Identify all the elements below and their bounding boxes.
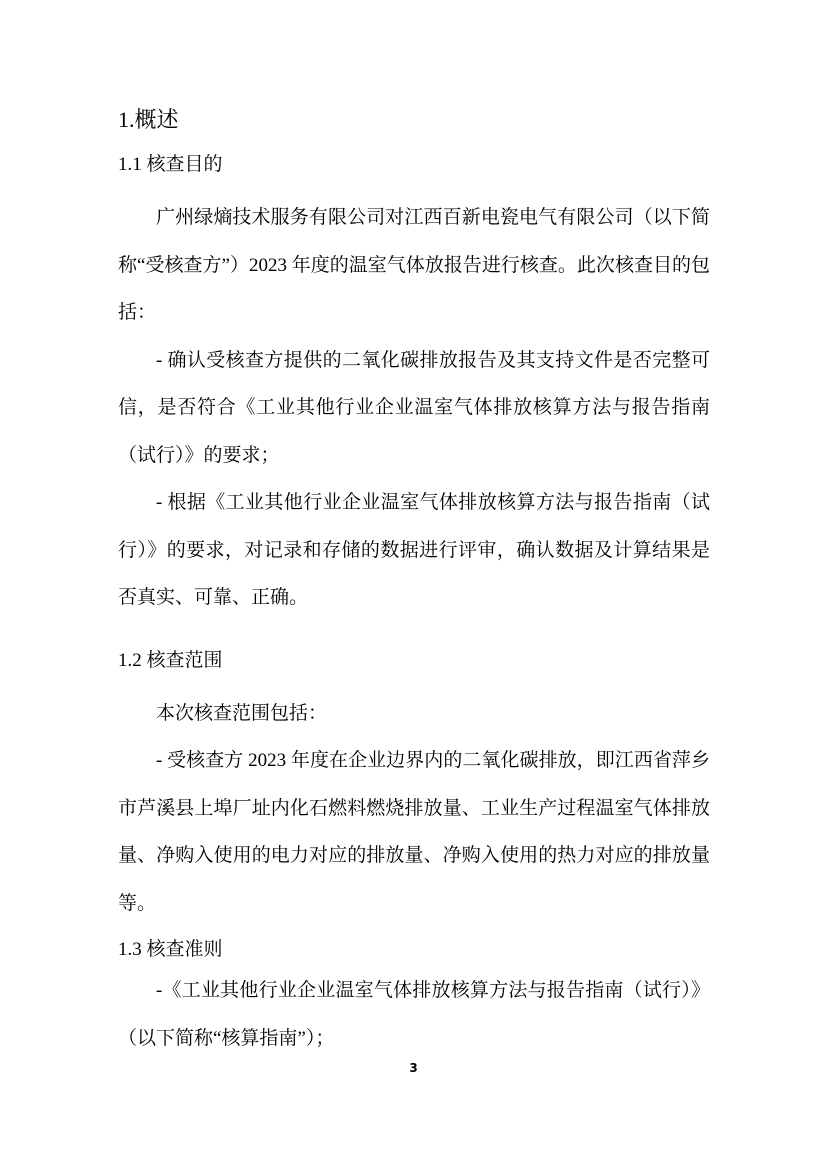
paragraph-scope-item-1: - 受核查方 2023 年度在企业边界内的二氧化碳排放，即江西省萍乡市芦溪县上埠… [118,737,710,927]
section-heading-overview: 1.概述 [118,104,710,136]
paragraph-criteria-item-1: -《工业其他行业企业温室气体排放核算方法与报告指南（试行）》（以下简称“核算指南… [118,967,710,1062]
subsection-heading-verification-scope: 1.2 核查范围 [118,646,710,676]
document-page: 1.概述 1.1 核查目的 广州绿熵技术服务有限公司对江西百新电瓷电气有限公司（… [0,0,827,1169]
page-number: 3 [0,1060,827,1076]
paragraph-purpose-item-1: - 确认受核查方提供的二氧化碳排放报告及其支持文件是否完整可信，是否符合《工业其… [118,337,710,480]
paragraph-scope-intro: 本次核查范围包括： [118,690,710,738]
subsection-heading-verification-purpose: 1.1 核查目的 [118,150,710,180]
subsection-heading-verification-criteria: 1.3 核查准则 [118,935,710,965]
paragraph-verification-intro: 广州绿熵技术服务有限公司对江西百新电瓷电气有限公司（以下简称“受核查方”）202… [118,194,710,337]
paragraph-purpose-item-2: - 根据《工业其他行业企业温室气体排放核算方法与报告指南（试行）》的要求，对记录… [118,479,710,622]
